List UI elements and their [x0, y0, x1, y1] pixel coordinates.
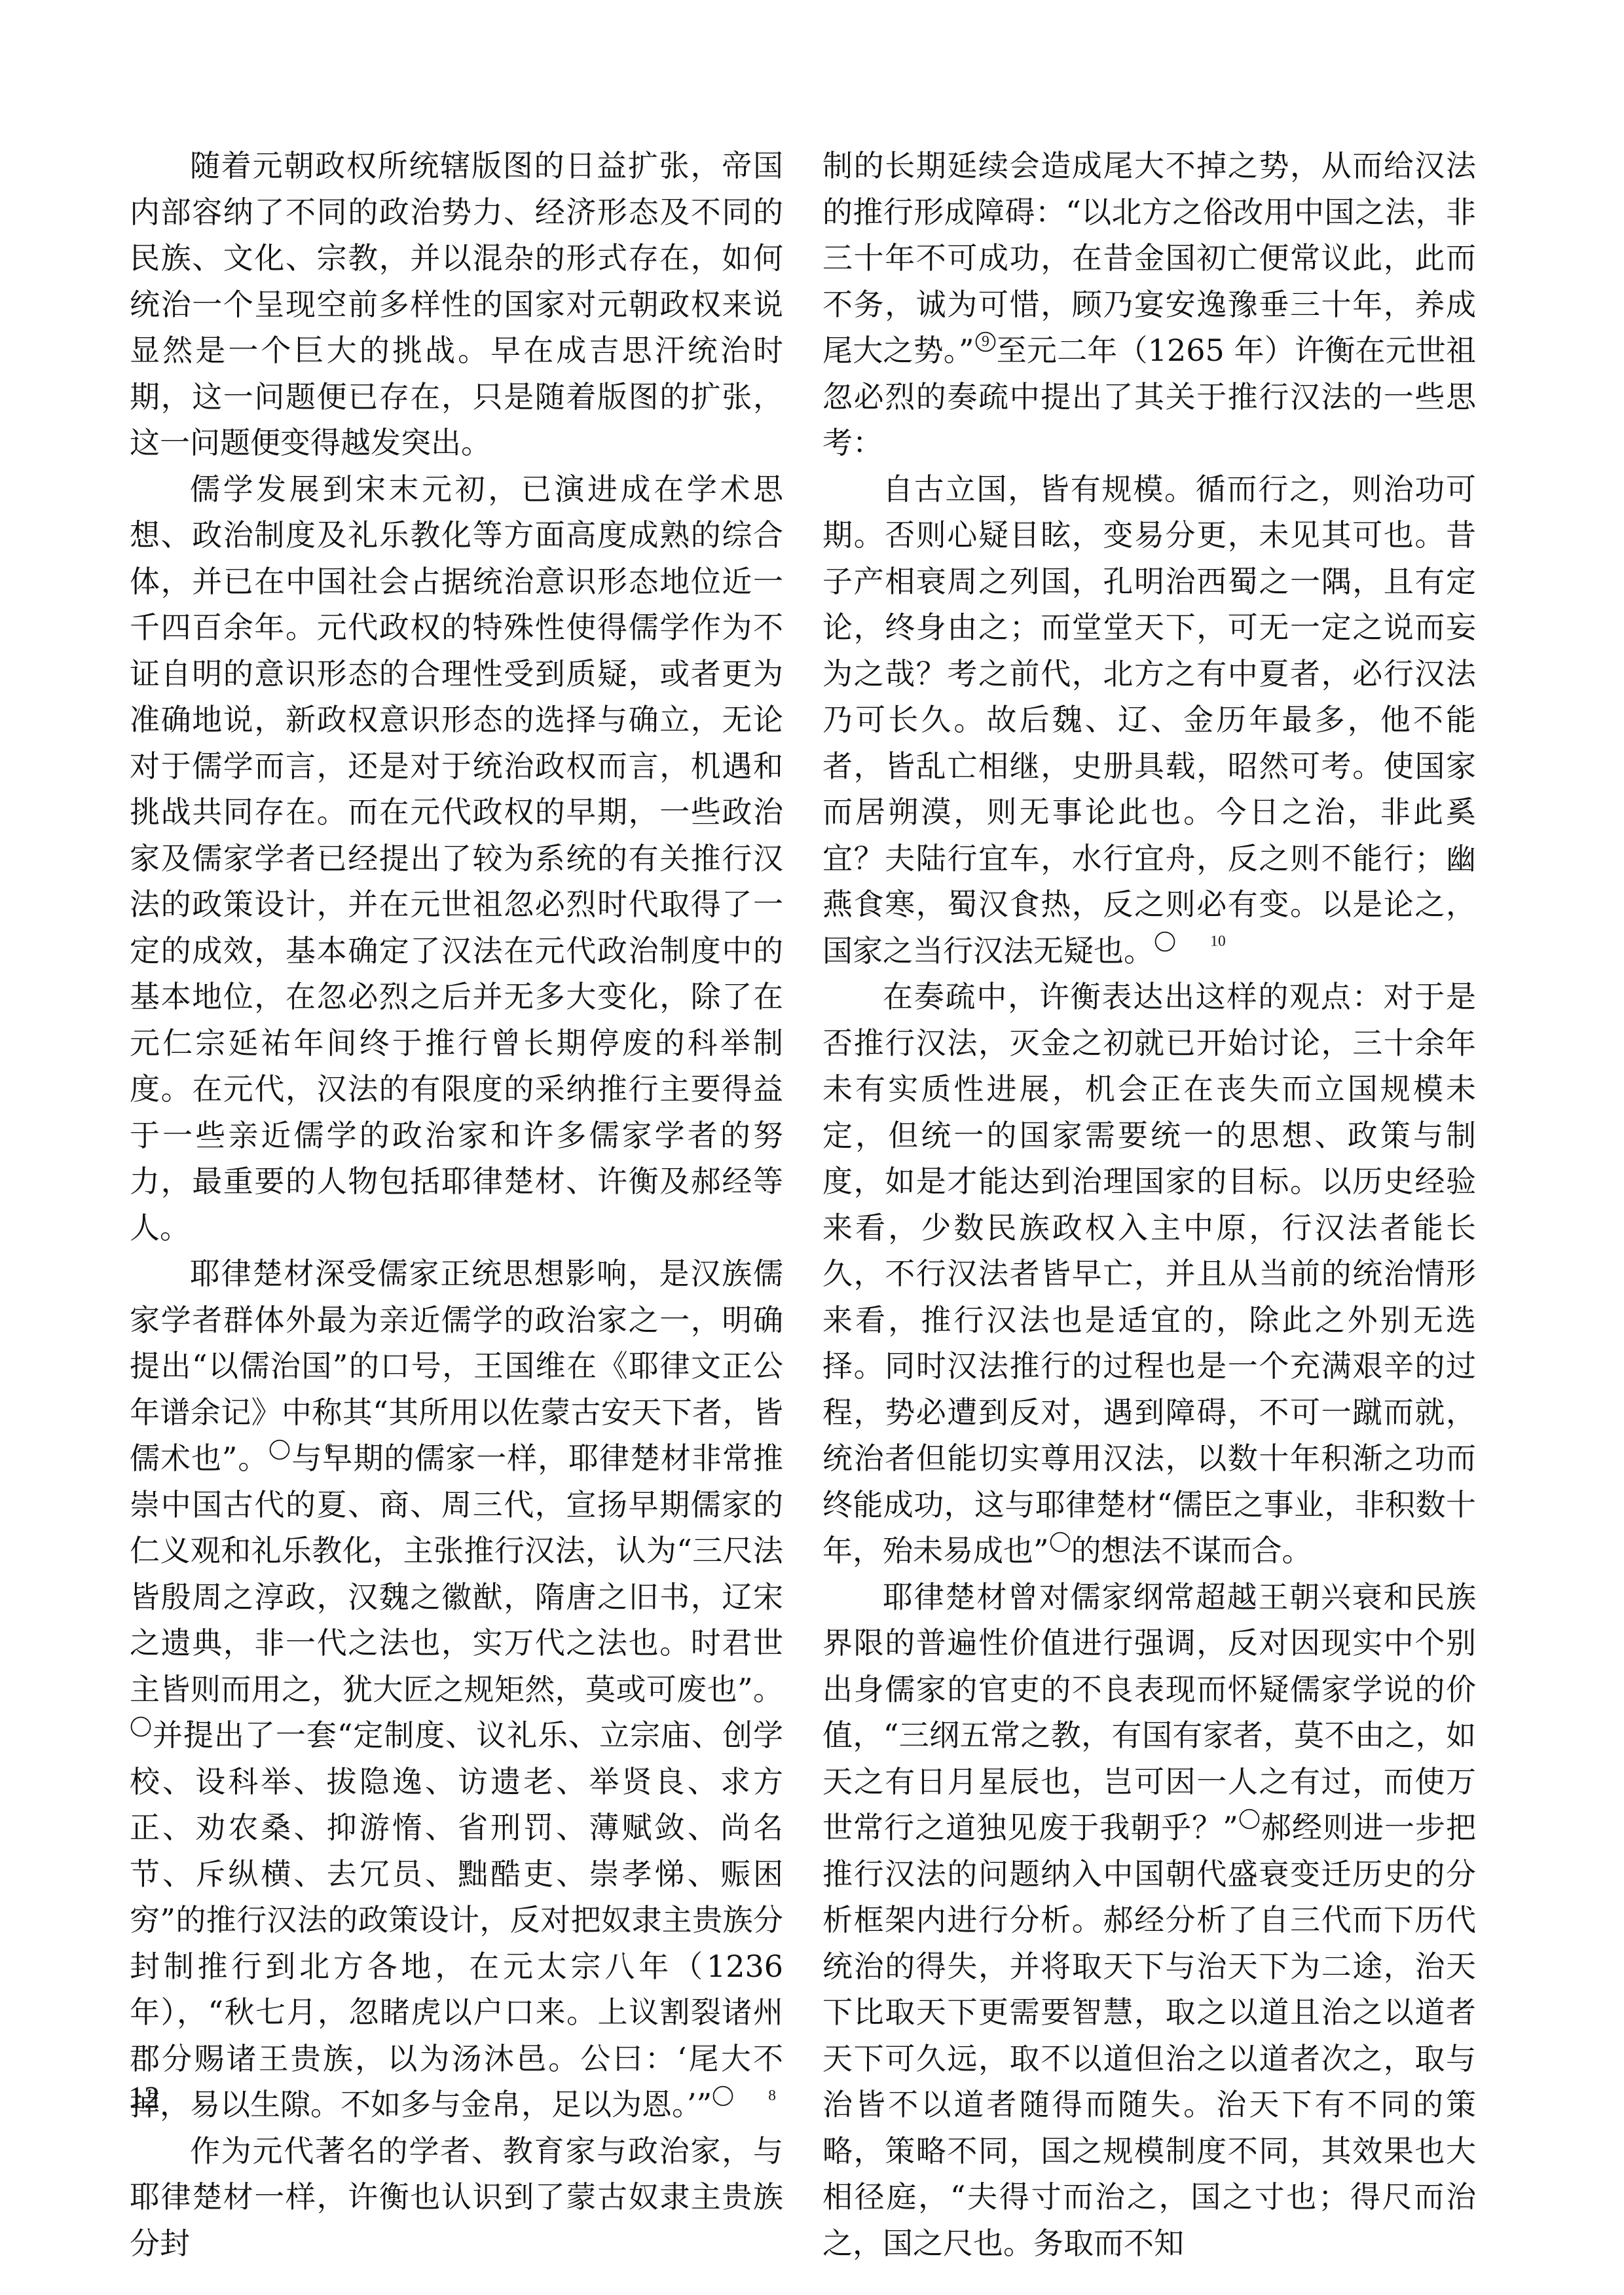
footnote-marker[interactable]: 7	[131, 1716, 151, 1736]
paragraph-text: 在奏疏中，许衡表达出这样的观点：对于是否推行汉法，灭金之初就已开始讨论，三十余年…	[822, 979, 1476, 1568]
paragraph-text: 自古立国，皆有规模。循而行之，则治功可期。否则心疑目眩，变易分更，未见其可也。昔…	[822, 471, 1476, 968]
paragraph-p2: 儒学发展到宋末元初，已演进成在学术思想、政治制度及礼乐教化等方面高度成熟的综合体…	[130, 466, 783, 1251]
footnote-marker[interactable]: 10	[1155, 932, 1175, 952]
paragraph-p5: 制的长期延续会造成尾大不掉之势，从而给汉法的推行形成障碍：“以北方之俗改用中国之…	[822, 143, 1476, 466]
footnote-marker[interactable]: 9	[975, 331, 995, 352]
footnote-marker[interactable]: 8	[713, 2085, 733, 2106]
right-text-column: 制的长期延续会造成尾大不掉之势，从而给汉法的推行形成障碍：“以北方之俗改用中国之…	[822, 143, 1476, 2266]
paragraph-p8: 耶律楚材曾对儒家纲常超越王朝兴衰和民族界限的普遍性价值进行强调，反对因现实中个别…	[822, 1574, 1476, 2267]
footnote-marker[interactable]: 11	[1050, 1532, 1070, 1552]
paragraph-text: 随着元朝政权所统辖版图的日益扩张，帝国内部容纳了不同的政治势力、经济形态及不同的…	[130, 148, 783, 460]
paragraph-p3: 耶律楚材深受儒家正统思想影响，是汉族儒家学者群体外最为亲近儒学的政治家之一，明确…	[130, 1251, 783, 2128]
paragraph-p1: 随着元朝政权所统辖版图的日益扩张，帝国内部容纳了不同的政治势力、经济形态及不同的…	[130, 143, 783, 466]
paragraph-text: 与早期的儒家一样，耶律楚材非常推崇中国古代的夏、商、周三代，宣扬早期儒家的仁义观…	[130, 1441, 783, 1707]
paragraph-p6: 自古立国，皆有规模。循而行之，则治功可期。否则心疑目眩，变易分更，未见其可也。昔…	[822, 466, 1476, 974]
paragraph-text: 并提出了一套“定制度、议礼乐、立宗庙、创学校、设科举、拔隐逸、访遗老、举贤良、求…	[130, 1717, 783, 2122]
footnote-marker[interactable]: 12	[1240, 1808, 1260, 1829]
paragraph-text: 郝经则进一步把推行汉法的问题纳入中国朝代盛衰变迁历史的分析框架内进行分析。郝经分…	[822, 1810, 1476, 2261]
paragraph-p7: 在奏疏中，许衡表达出这样的观点：对于是否推行汉法，灭金之初就已开始讨论，三十余年…	[822, 974, 1476, 1574]
paragraph-text: 作为元代著名的学者、教育家与政治家，与耶律楚材一样，许衡也认识到了蒙古奴隶主贵族…	[130, 2133, 783, 2261]
page-number: 12	[128, 2080, 160, 2116]
paragraph-text: 耶律楚材曾对儒家纲常超越王朝兴衰和民族界限的普遍性价值进行强调，反对因现实中个别…	[822, 1579, 1476, 1846]
paragraph-p4: 作为元代著名的学者、教育家与政治家，与耶律楚材一样，许衡也认识到了蒙古奴隶主贵族…	[130, 2128, 783, 2267]
paragraph-text: 儒学发展到宋末元初，已演进成在学术思想、政治制度及礼乐教化等方面高度成熟的综合体…	[130, 471, 783, 1245]
document-page: 随着元朝政权所统辖版图的日益扩张，帝国内部容纳了不同的政治势力、经济形态及不同的…	[0, 0, 1624, 2295]
footnote-marker[interactable]: 6	[270, 1439, 290, 1460]
left-text-column: 随着元朝政权所统辖版图的日益扩张，帝国内部容纳了不同的政治势力、经济形态及不同的…	[130, 143, 783, 2266]
